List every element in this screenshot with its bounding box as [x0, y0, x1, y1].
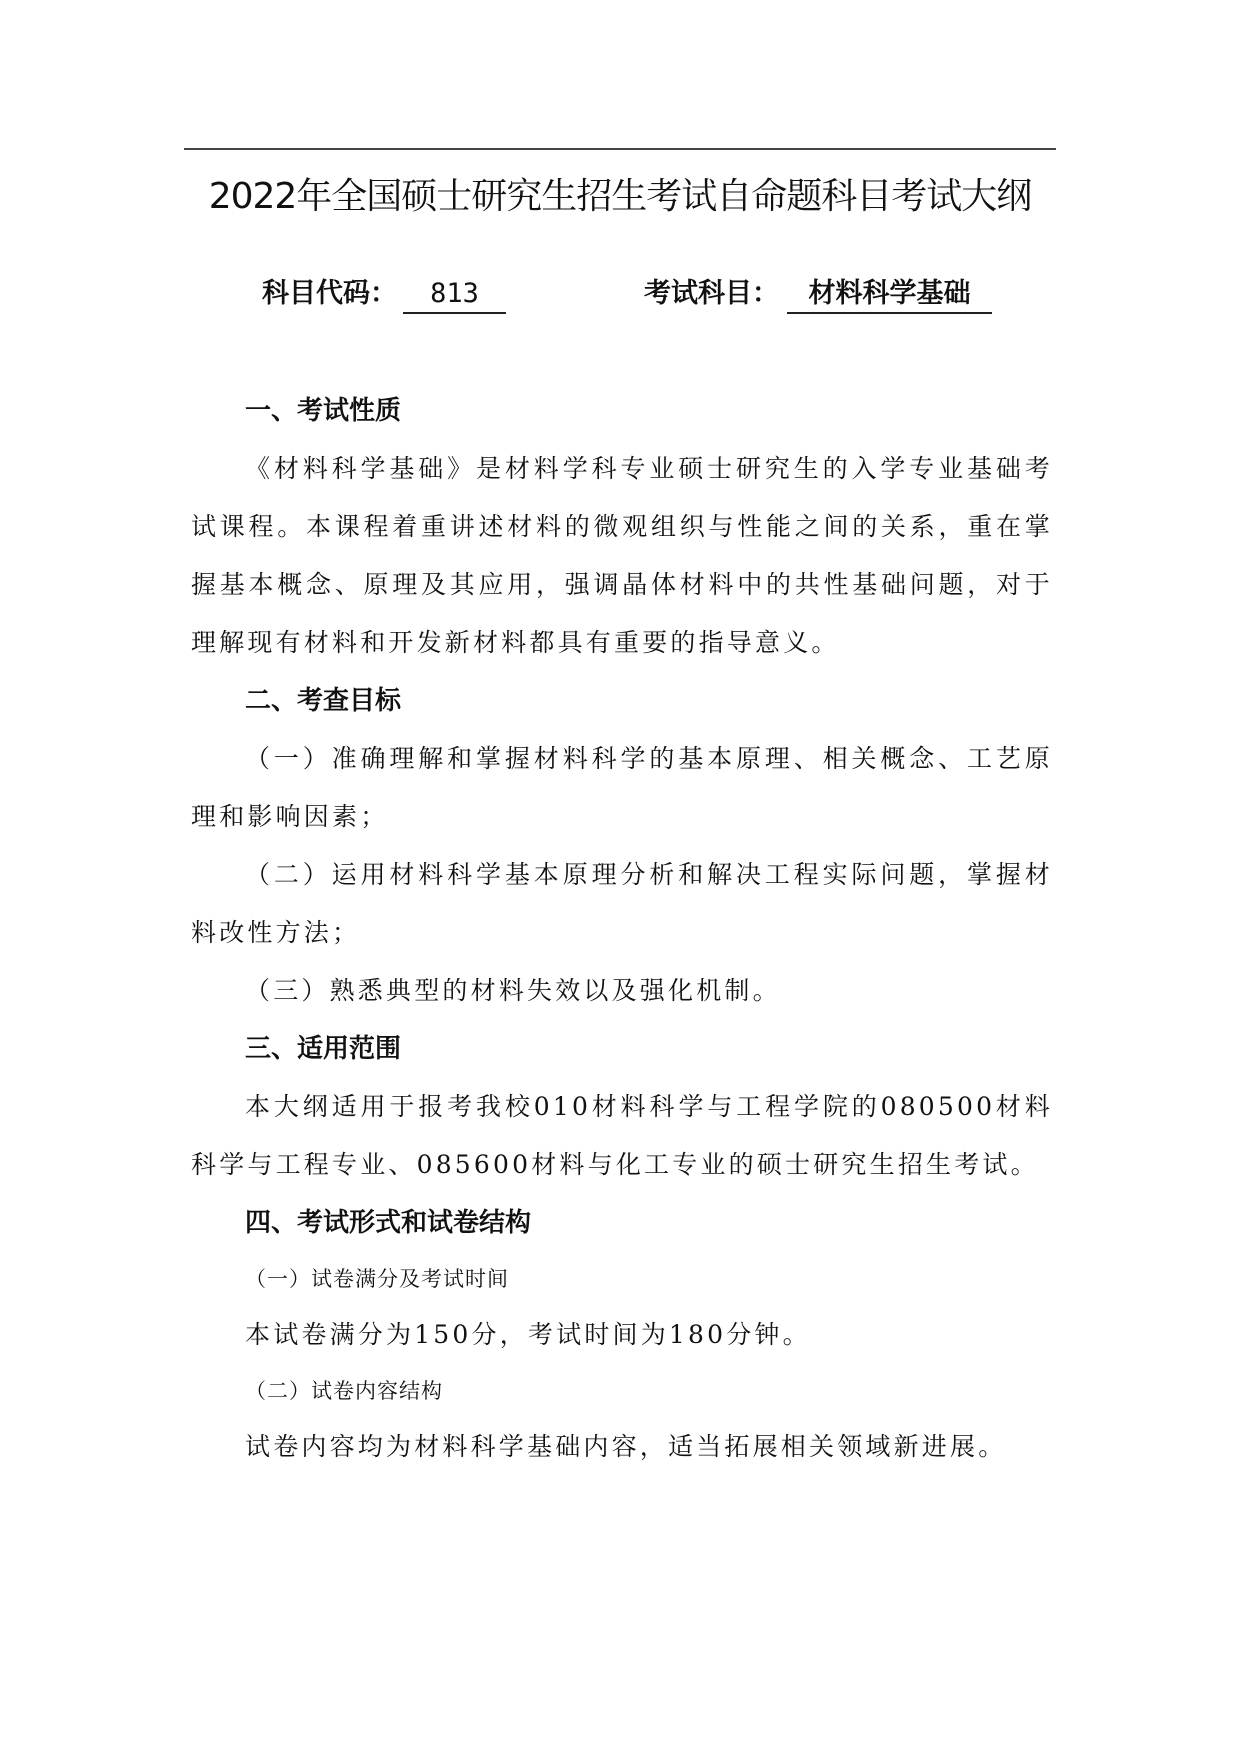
paragraph: （三）熟悉典型的材料失效以及强化机制。	[191, 962, 1053, 1020]
paragraph: 本试卷满分为150分，考试时间为180分钟。	[191, 1306, 1053, 1364]
subject-name-row: 考试科目：材料科学基础	[644, 276, 992, 312]
document-page: 2022年全国硕士研究生招生考试自命题科目考试大纲 科目代码：813 考试科目：…	[0, 0, 1240, 1754]
subsection-heading: （二）试卷内容结构	[191, 1364, 1053, 1418]
section-heading: 四、考试形式和试卷结构	[191, 1194, 1053, 1252]
subsection-heading: （一）试卷满分及考试时间	[191, 1252, 1053, 1306]
paragraph: （一）准确理解和掌握材料科学的基本原理、相关概念、工艺原理和影响因素；	[191, 730, 1053, 846]
section-heading: 一、考试性质	[191, 382, 1053, 440]
paragraph: 本大纲适用于报考我校010材料科学与工程学院的080500材料科学与工程专业、0…	[191, 1078, 1053, 1194]
section-heading: 三、适用范围	[191, 1020, 1053, 1078]
subject-name-label: 考试科目：	[644, 278, 779, 309]
paragraph: 试卷内容均为材料科学基础内容，适当拓展相关领域新进展。	[191, 1418, 1053, 1476]
paragraph: （二）运用材料科学基本原理分析和解决工程实际问题，掌握材料改性方法；	[191, 846, 1053, 962]
document-body: 一、考试性质 《材料科学基础》是材料学科专业硕士研究生的入学专业基础考试课程。本…	[191, 382, 1053, 1476]
paragraph: 《材料科学基础》是材料学科专业硕士研究生的入学专业基础考试课程。本课程着重讲述材…	[191, 440, 1053, 672]
header-rule	[184, 148, 1056, 150]
subject-code-value: 813	[403, 276, 506, 314]
subject-name-value: 材料科学基础	[787, 276, 992, 314]
subject-code-row: 科目代码：813	[262, 276, 506, 312]
document-title: 2022年全国硕士研究生招生考试自命题科目考试大纲	[0, 172, 1240, 222]
subject-code-label: 科目代码：	[262, 278, 397, 309]
section-heading: 二、考查目标	[191, 672, 1053, 730]
